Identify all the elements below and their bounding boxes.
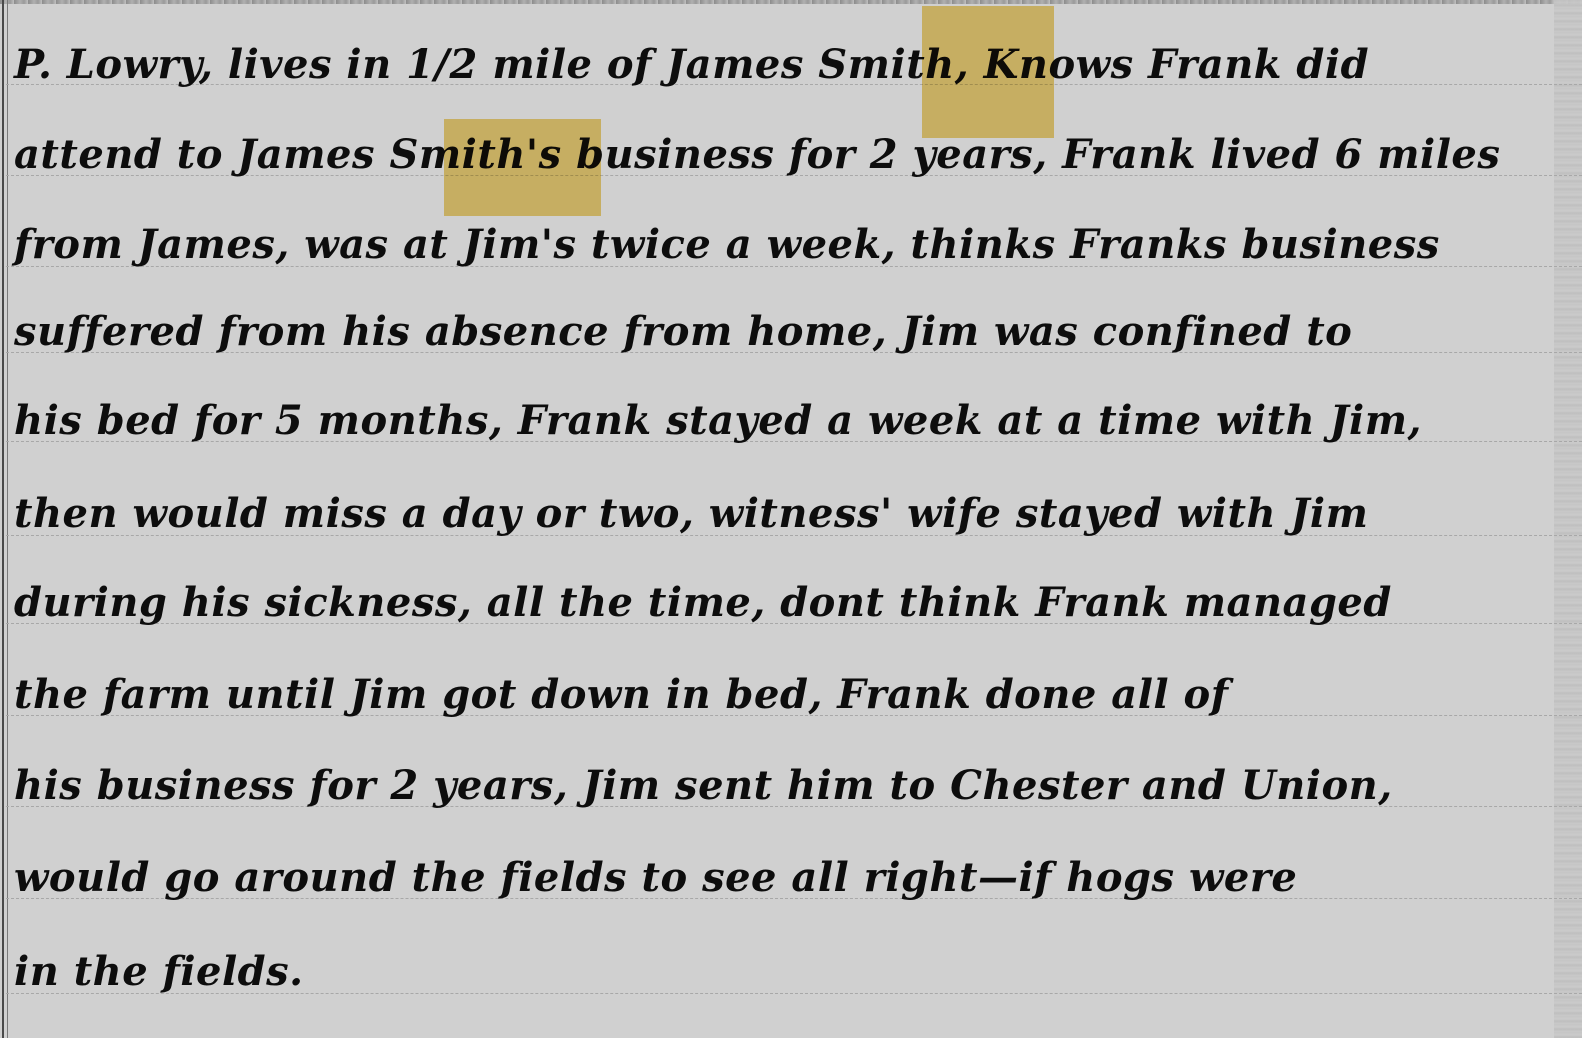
line-text: his bed for 5 months, Frank stayed a wee…: [14, 397, 1422, 444]
right-page-edge: [1554, 0, 1582, 1038]
text-line-5: his bed for 5 months, Frank stayed a wee…: [14, 386, 1554, 456]
line-text: business for 2 years, Frank lived 6 mile…: [562, 131, 1501, 178]
text-line-9: his business for 2 years, Jim sent him t…: [14, 751, 1554, 821]
line-text: would go around the fields to see all ri…: [14, 854, 1297, 901]
text-line-7: during his sickness, all the time, dont …: [14, 568, 1554, 638]
top-edge-remnant: [0, 0, 1582, 4]
text-line-2: attend to James Smith's business for 2 y…: [14, 120, 1554, 190]
search-highlight-1[interactable]: [922, 6, 1054, 138]
document-page: P. Lowry, lives in 1/2 mile of James Smi…: [0, 0, 1582, 1038]
text-line-3: from James, was at Jim's twice a week, t…: [14, 210, 1554, 280]
line-text: P. Lowry, lives in 1/2 mile of James: [14, 41, 818, 88]
line-text: suffered from his absence from home, Jim…: [14, 308, 1352, 355]
text-line-11: in the fields.: [14, 937, 1554, 1007]
line-text: during his sickness, all the time, dont …: [14, 579, 1392, 626]
left-margin-border: [2, 0, 8, 1038]
text-line-1: P. Lowry, lives in 1/2 mile of James Smi…: [14, 30, 1554, 100]
search-highlight-2[interactable]: [444, 119, 601, 216]
line-text: his business for 2 years, Jim sent him t…: [14, 762, 1393, 809]
line-text: from James, was at Jim's twice a week, t…: [14, 221, 1440, 268]
line-text: the farm until Jim got down in bed, Fran…: [14, 671, 1228, 718]
line-text: then would miss a day or two, witness' w…: [14, 490, 1368, 537]
line-text: in the fields.: [14, 948, 304, 995]
text-line-6: then would miss a day or two, witness' w…: [14, 479, 1554, 549]
text-line-8: the farm until Jim got down in bed, Fran…: [14, 660, 1554, 730]
text-line-10: would go around the fields to see all ri…: [14, 843, 1554, 913]
line-text: attend to James: [14, 131, 389, 178]
text-line-4: suffered from his absence from home, Jim…: [14, 297, 1554, 367]
